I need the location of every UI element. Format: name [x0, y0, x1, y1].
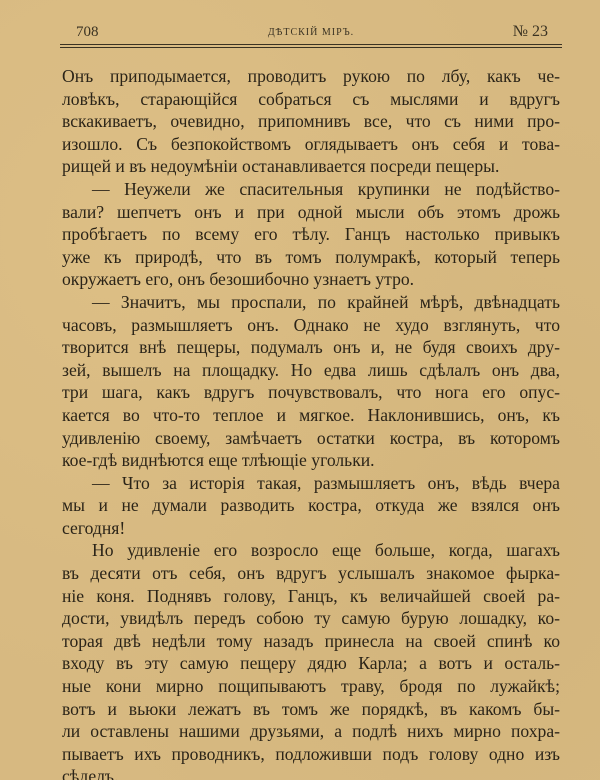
text-line: три шага, какъ вдругъ почувствовалъ, что… [62, 381, 560, 404]
text-line: зей, вышелъ на площадку. Но едва лишь сд… [62, 359, 560, 382]
text-line: вотъ и вьюки лежатъ въ томъ же порядкѣ, … [62, 698, 560, 721]
text-line: окружаетъ его, онъ безошибочно узнаетъ у… [62, 268, 560, 291]
issue-number: № 23 [513, 23, 548, 41]
text-line: кается во что-то теплое и мягкое. Наклон… [62, 404, 560, 427]
text-line: Онъ приподымается, проводитъ рукою по лб… [62, 65, 560, 88]
text-line: дости, увидѣлъ передъ собою ту самую бур… [62, 607, 560, 630]
text-line: часовъ, размышляетъ онъ. Однако не худо … [62, 314, 560, 337]
text-line: — Значитъ, мы проспали, по крайней мѣрѣ,… [62, 291, 560, 314]
text-line: торая двѣ недѣли тому назадъ принесла на… [62, 630, 560, 653]
text-line: уже къ природѣ, что въ томъ полумракѣ, к… [62, 246, 560, 269]
text-line: входу въ эту самую пещеру дядю Карла; а … [62, 652, 560, 675]
book-page: 708 ДѢТСКІЙ МІРЪ. № 23 Онъ приподымается… [62, 22, 560, 780]
text-line: ніе коня. Поднявъ голову, Ганцъ, къ вели… [62, 585, 560, 608]
text-line: кое-гдѣ виднѣются еще тлѣющіе угольки. [62, 449, 560, 472]
header-rule [60, 44, 562, 45]
text-line: сѣделъ. [62, 765, 560, 780]
text-line: — Неужели же спасительныя крупинки не по… [62, 178, 560, 201]
journal-title: ДѢТСКІЙ МІРЪ. [62, 27, 560, 38]
text-line: пробѣгаетъ по всему его тѣлу. Ганцъ наст… [62, 223, 560, 246]
text-line: ловѣкъ, старающійся собраться съ мыслями… [62, 88, 560, 111]
text-line: рищей и въ недоумѣніи останавливается по… [62, 155, 560, 178]
text-line: вали? шепчетъ онъ и при одной мысли объ … [62, 201, 560, 224]
text-line: мы и не думали разводить костра, откуда … [62, 494, 560, 517]
text-line: пываетъ ихъ проводникъ, подложивши подъ … [62, 743, 560, 766]
text-line: вскакиваетъ, очевидно, припомнивъ все, ч… [62, 110, 560, 133]
header-rule-thin [60, 47, 562, 48]
text-line: Но удивленіе его возросло еще больше, ко… [62, 539, 560, 562]
body-text: Онъ приподымается, проводитъ рукою по лб… [62, 65, 560, 780]
text-line: въ десяти отъ себя, онъ вдругъ услышалъ … [62, 562, 560, 585]
text-line: — Что за исторія такая, размышляетъ онъ,… [62, 472, 560, 495]
text-line: удивленію своему, замѣчаетъ остатки кост… [62, 427, 560, 450]
text-line: ли оставлены нашими друзьями, а подлѣ ни… [62, 720, 560, 743]
text-line: ные кони мирно пощипываютъ траву, бродя … [62, 675, 560, 698]
running-header: 708 ДѢТСКІЙ МІРЪ. № 23 [62, 22, 560, 44]
text-line: изошло. Съ безпокойствомъ оглядываетъ он… [62, 133, 560, 156]
text-line: сегодня! [62, 517, 560, 540]
text-line: творится внѣ пещеры, подумалъ онъ и, не … [62, 336, 560, 359]
